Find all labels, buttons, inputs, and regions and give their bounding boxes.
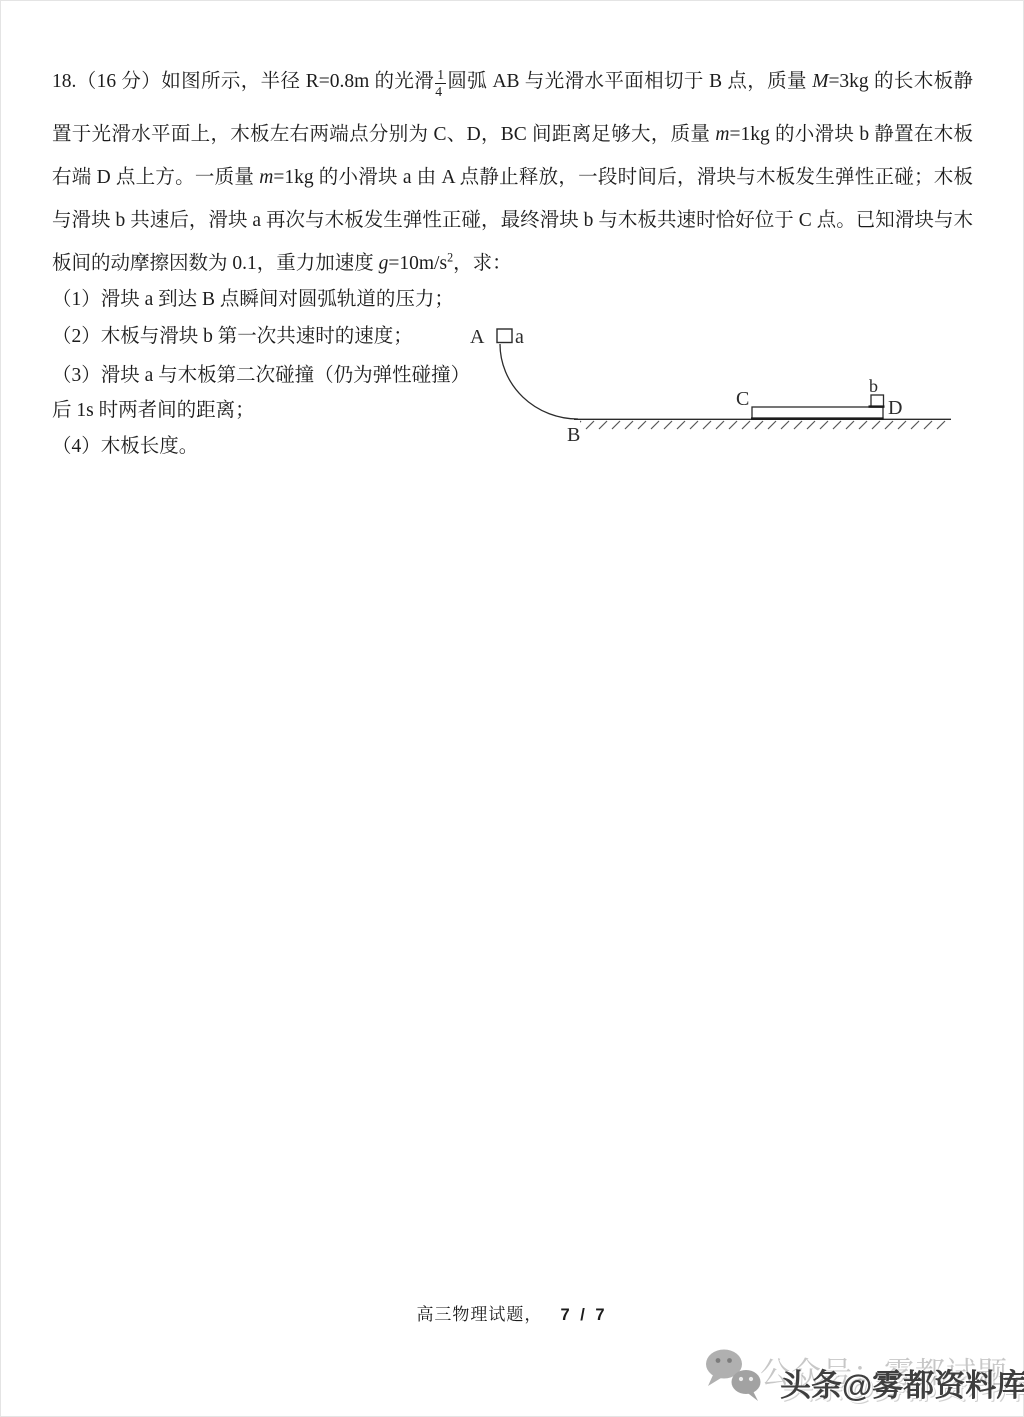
ground-hatching	[580, 421, 948, 431]
watermark-dark-text: 头条@雾都资料库	[780, 1360, 1024, 1405]
label-plank-C: C	[736, 388, 749, 410]
label-point-B: B	[567, 424, 580, 446]
problem-statement-line-1: 18.（16 分）如图所示，半径 R=0.8m 的光滑14圆弧 AB 与光滑水平…	[52, 68, 973, 98]
problem-statement-line-4: 与滑块 b 共速后，滑块 a 再次与木板发生弹性正碰，最终滑块 b 与木板共速时…	[52, 208, 973, 234]
label-slider-a: a	[515, 326, 524, 348]
question-2: （2）木板与滑块 b 第一次共速时的速度；	[52, 324, 413, 350]
exam-page: 18.（16 分）如图所示，半径 R=0.8m 的光滑14圆弧 AB 与光滑水平…	[0, 0, 1024, 1417]
question-3-continued: 后 1s 时两者间的距离；	[52, 398, 255, 424]
fraction: 14	[435, 68, 446, 98]
question-3: （3）滑块 a 与木板第二次碰撞（仍为弹性碰撞）	[52, 363, 470, 389]
page-footer: 高三物理试题，7 / 7	[0, 1300, 1024, 1325]
footer-exam-title: 高三物理试题，	[416, 1305, 542, 1324]
block-b	[871, 395, 884, 407]
block-a	[497, 329, 512, 343]
problem-statement-line-2: 置于光滑水平面上，木板左右两端点分别为 C、D，BC 间距离足够大，质量 m=1…	[52, 122, 973, 148]
question-1: （1）滑块 a 到达 B 点瞬间对圆弧轨道的压力；	[52, 287, 454, 313]
problem-statement-line-3: 右端 D 点上方。一质量 m=1kg 的小滑块 a 由 A 点静止释放，一段时间…	[52, 165, 973, 191]
wechat-icon	[700, 1346, 766, 1406]
question-4: （4）木板长度。	[52, 434, 198, 460]
problem-statement-line-5: 板间的动摩擦因数为 0.1，重力加速度 g=10m/s2，求：	[52, 251, 512, 277]
footer-page-indicator: 7 / 7	[560, 1306, 607, 1324]
label-slider-b: b	[869, 376, 878, 396]
plank	[752, 407, 883, 419]
label-point-A: A	[470, 326, 485, 348]
physics-diagram: A a B C b D	[458, 312, 974, 458]
arc-track	[500, 344, 578, 419]
label-plank-D: D	[888, 397, 902, 419]
watermark: 公众号：雾都试题 头条@雾都资料库	[700, 1344, 1020, 1416]
